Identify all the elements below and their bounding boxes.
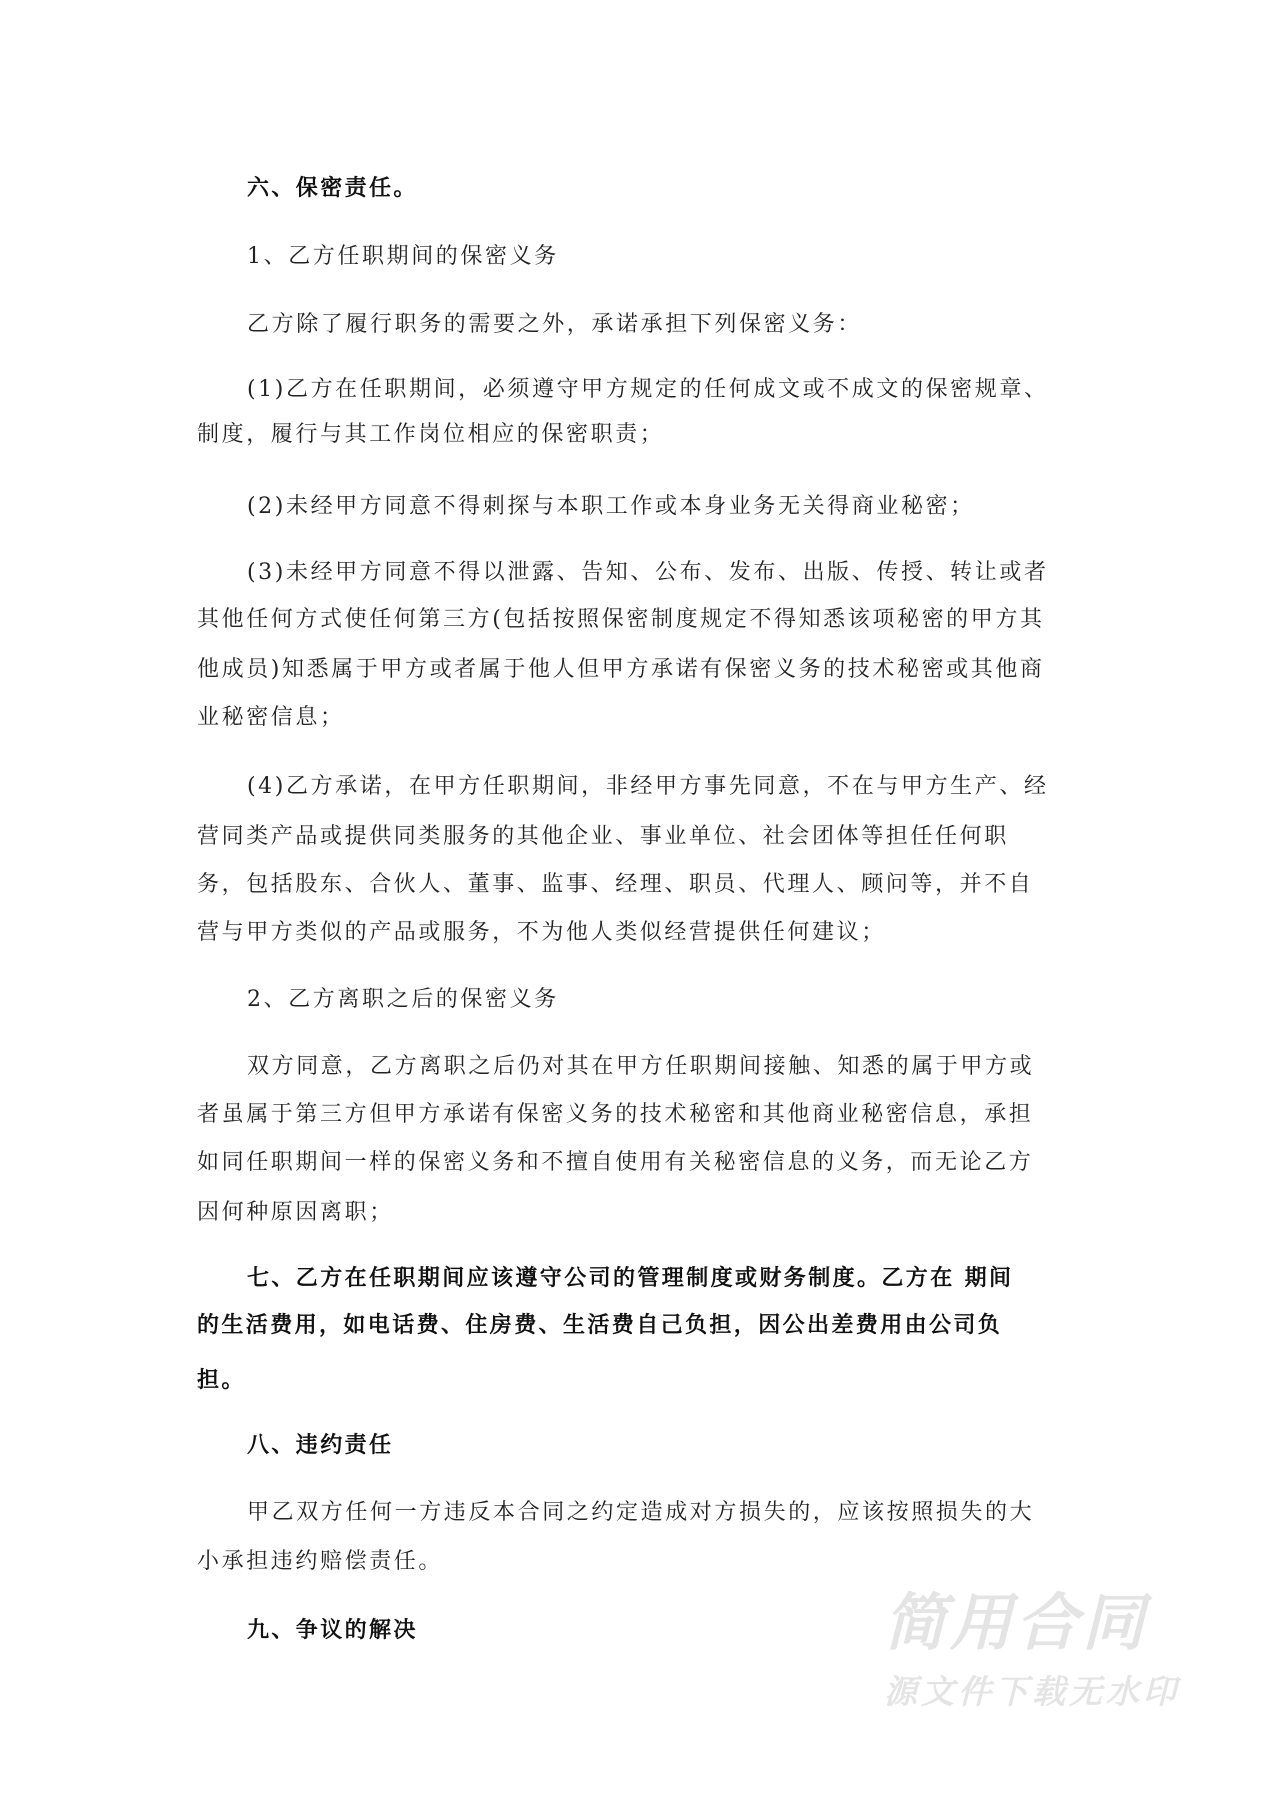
section-6-subtitle-2: 2、乙方离职之后的保密义务 bbox=[247, 986, 559, 1014]
item-4-line-2: 营同类产品或提供同类服务的其他企业、事业单位、社会团体等担任任何职 bbox=[197, 823, 1009, 851]
document-page: 六、保密责任。 1、乙方任职期间的保密义务 乙方除了履行职务的需要之外，承诺承担… bbox=[0, 0, 1280, 1810]
item-3-line-1: (3)未经甲方同意不得以泄露、告知、公布、发布、出版、传授、转让或者 bbox=[247, 559, 1049, 587]
item-4-line-1: (4)乙方承诺，在甲方任职期间，非经甲方事先同意，不在与甲方生产、经 bbox=[247, 773, 1049, 801]
section-6-intro: 乙方除了履行职务的需要之外，承诺承担下列保密义务： bbox=[247, 311, 862, 339]
post-employment-line-4: 因何种原因离职； bbox=[197, 1199, 394, 1227]
item-3-line-3: 他成员)知悉属于甲方或者属于他人但甲方承诺有保密义务的技术秘密或其他商 bbox=[197, 656, 1045, 684]
item-1-line-1: (1)乙方在任职期间，必须遵守甲方规定的任何成文或不成文的保密规章、 bbox=[247, 376, 1049, 404]
item-3-line-2: 其他任何方式使任何第三方(包括按照保密制度规定不得知悉该项秘密的甲方其 bbox=[197, 606, 1045, 634]
item-4-line-3: 务，包括股东、合伙人、董事、监事、经理、职员、代理人、顾问等，并不自 bbox=[197, 871, 1033, 899]
section-6-subtitle-1: 1、乙方任职期间的保密义务 bbox=[247, 243, 559, 271]
item-4-line-4: 营与甲方类似的产品或服务，不为他人类似经营提供任何建议； bbox=[197, 919, 886, 947]
item-1-line-2: 制度，履行与其工作岗位相应的保密职责； bbox=[197, 421, 664, 449]
section-8-body-line-1: 甲乙双方任何一方违反本合同之约定造成对方损失的，应该按照损失的大 bbox=[247, 1499, 1034, 1527]
section-7-line-2: 的生活费用，如电话费、住房费、生活费自己负担，因公出差费用由公司负 bbox=[197, 1311, 1002, 1339]
watermark-subtitle: 源文件下载无水印 bbox=[884, 1674, 1184, 1710]
post-employment-line-1: 双方同意，乙方离职之后仍对其在甲方任职期间接触、知悉的属于甲方或 bbox=[247, 1053, 1034, 1081]
section-6-heading: 六、保密责任。 bbox=[247, 174, 418, 202]
watermark: 简用合同 源文件下载无水印 bbox=[884, 1590, 1184, 1710]
section-8-heading: 八、违约责任 bbox=[247, 1431, 393, 1459]
section-8-body-line-2: 小承担违约赔偿责任。 bbox=[197, 1548, 443, 1576]
post-employment-line-2: 者虽属于第三方但甲方承诺有保密义务的技术秘密和其他商业秘密信息，承担 bbox=[197, 1101, 1033, 1129]
post-employment-line-3: 如同任职期间一样的保密义务和不擅自使用有关秘密信息的义务，而无论乙方 bbox=[197, 1149, 1033, 1177]
section-9-heading: 九、争议的解决 bbox=[247, 1616, 418, 1644]
watermark-title: 简用合同 bbox=[884, 1590, 1184, 1656]
item-3-line-4: 业秘密信息； bbox=[197, 704, 345, 732]
section-7-line-1: 七、乙方在任职期间应该遵守公司的管理制度或财务制度。乙方在 期间 bbox=[247, 1264, 1013, 1292]
section-7-line-3: 担。 bbox=[197, 1366, 246, 1394]
item-2-line-1: (2)未经甲方同意不得刺探与本职工作或本身业务无关得商业秘密； bbox=[247, 493, 975, 521]
